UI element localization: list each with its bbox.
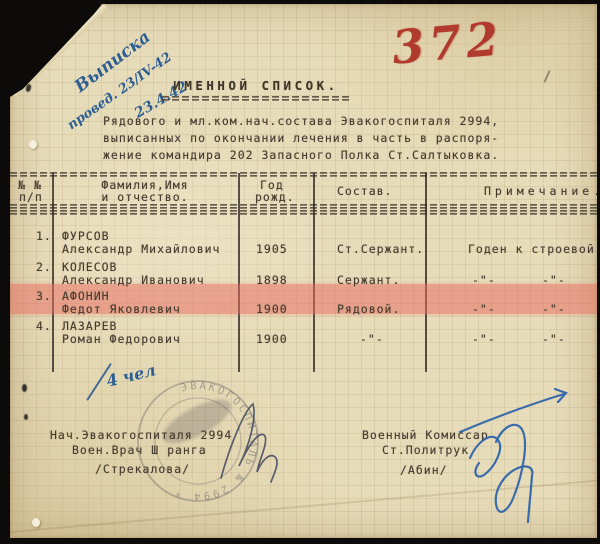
rank: Сержант. xyxy=(337,273,400,287)
intro-line-3: жение командира 202 Запасного Полка Ст.С… xyxy=(103,148,499,162)
pencil-tick-mark xyxy=(543,70,550,83)
header-year-line2: рожд. xyxy=(255,190,295,204)
rank: -"- xyxy=(360,332,384,346)
surname: ЛАЗАРЕВ xyxy=(62,319,117,333)
ditto-mark-2: -"- xyxy=(542,302,566,316)
signature-abin xyxy=(438,378,583,528)
intro-line-1: Рядового и мл.ком.нач.состава Эвакогоспи… xyxy=(103,114,499,128)
row-number: 4. xyxy=(36,319,52,333)
document-paper: Выписка провед. 23/IV-42 23.4.42 372 ИМЕ… xyxy=(10,4,597,538)
signature-strekalova xyxy=(205,392,300,497)
intro-line-2: выписанных по окончании лечения в часть … xyxy=(103,131,499,145)
hole-punch xyxy=(29,140,37,149)
rank: Ст.Сержант. xyxy=(337,242,424,256)
surname: АФОНИН xyxy=(62,289,110,303)
rank: Рядовой. xyxy=(337,302,400,316)
surname: КОЛЕСОВ xyxy=(62,260,117,274)
ditto-mark-1: -"- xyxy=(472,332,496,346)
column-divider-3 xyxy=(313,173,315,372)
row-number: 1. xyxy=(36,229,52,243)
column-divider-2 xyxy=(238,173,240,372)
row-number: 2. xyxy=(36,260,52,274)
ditto-mark-1: -"- xyxy=(472,273,496,287)
table-header-divider-2 xyxy=(10,210,597,216)
header-note: Примечание. xyxy=(484,184,600,198)
header-name-line2: и отчество. xyxy=(52,190,238,204)
left-sig-line-2: Воен.Врач Ш ранга xyxy=(72,443,207,457)
note: Годен к строевой. xyxy=(468,242,600,256)
title-underline xyxy=(162,96,352,102)
birth-year: 1898 xyxy=(256,273,288,287)
page-number-stamp: 372 xyxy=(390,11,505,74)
ditto-mark-1: -"- xyxy=(472,302,496,316)
given-names: Роман Федорович xyxy=(62,332,181,346)
ditto-mark-2: -"- xyxy=(542,332,566,346)
ditto-mark-2: -"- xyxy=(542,273,566,287)
given-names: Александр Михайлович xyxy=(62,242,220,256)
row-number: 3. xyxy=(36,289,52,303)
column-divider-4 xyxy=(425,173,427,372)
left-sig-line-3: /Стрекалова/ xyxy=(95,462,190,476)
header-rank: Состав. xyxy=(337,184,392,198)
given-names: Федот Яковлевич xyxy=(62,302,181,316)
document-title: ИМЕННОЙ СПИСОК. xyxy=(160,78,352,93)
hole-punch xyxy=(32,518,40,527)
margin-ink-spot xyxy=(22,384,27,392)
given-names: Александр Иванович xyxy=(62,273,205,287)
birth-year: 1905 xyxy=(256,242,288,256)
surname: ФУРСОВ xyxy=(62,229,110,243)
birth-year: 1900 xyxy=(256,332,288,346)
header-num-line2: п/п xyxy=(19,190,43,204)
margin-ink-spot xyxy=(25,83,32,92)
margin-ink-spot xyxy=(27,61,34,70)
margin-ink-spot xyxy=(24,414,28,420)
birth-year: 1900 xyxy=(256,302,288,316)
